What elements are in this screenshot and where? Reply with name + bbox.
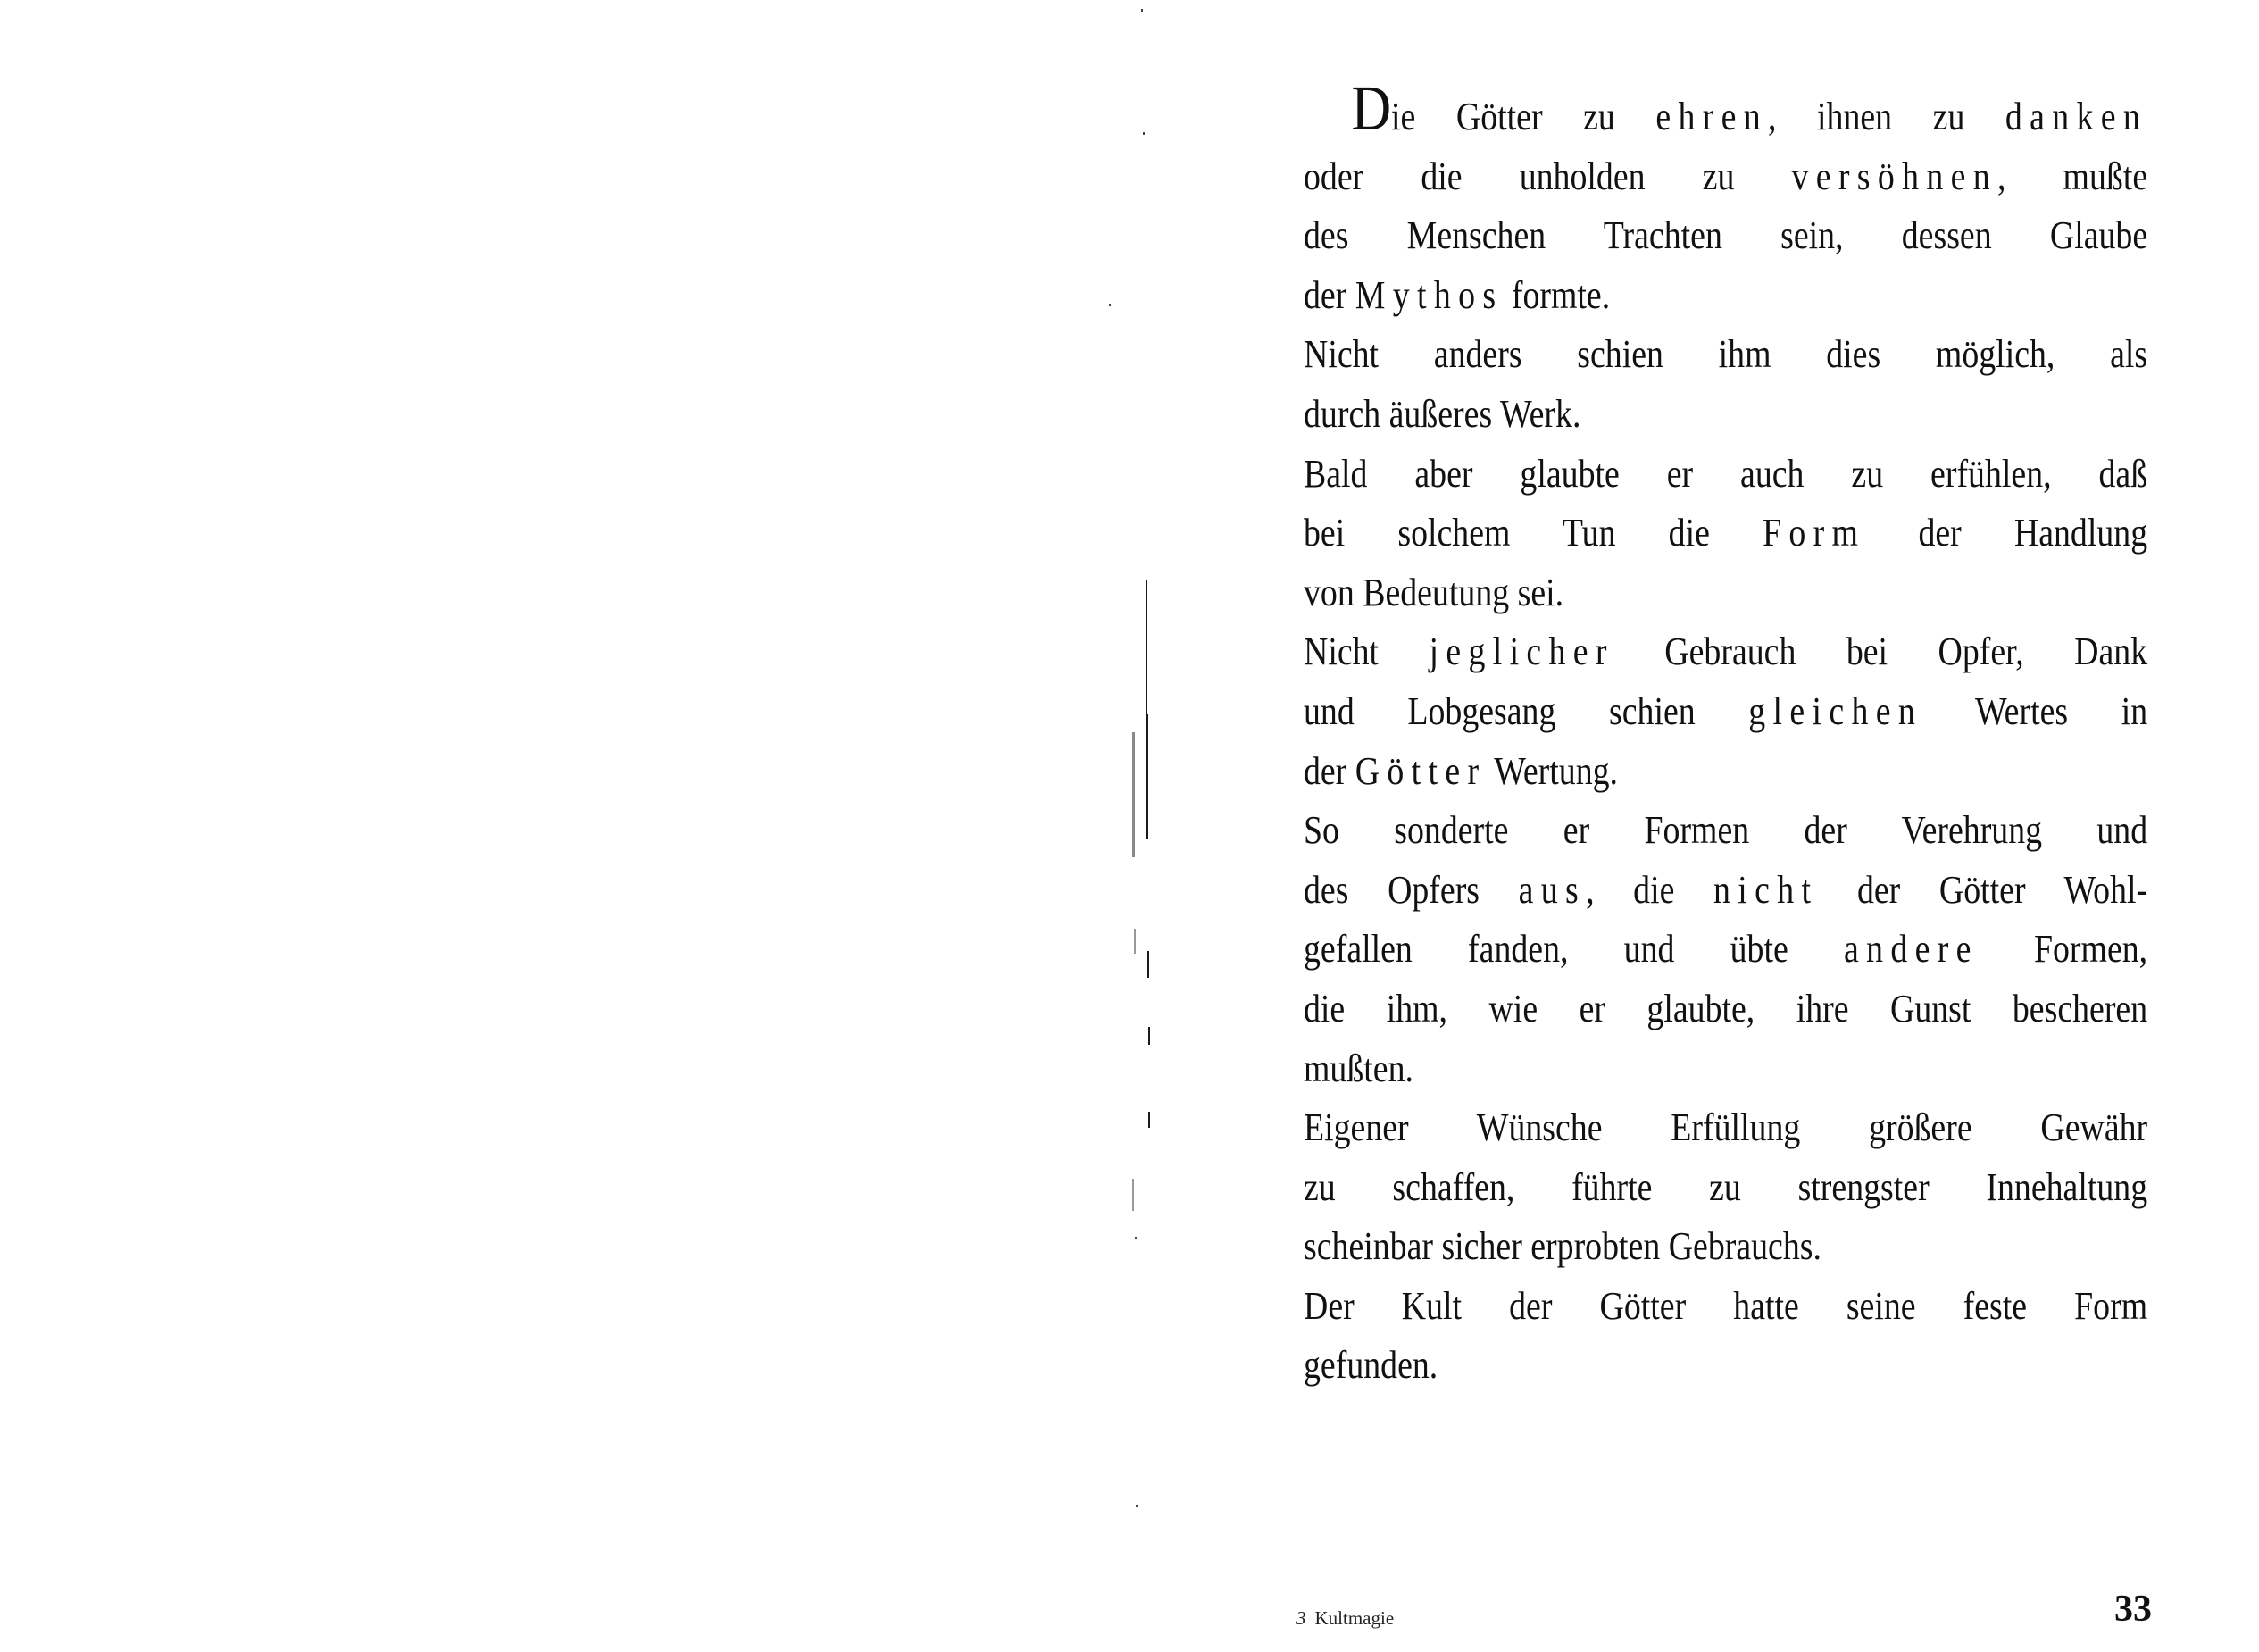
text-run: So sonderte er Formen der Verehrung und: [1304, 808, 2147, 852]
emphasized-spaced-word: Form: [1763, 511, 1865, 555]
text-run: von Bedeutung sei.: [1304, 571, 1563, 614]
text-line: der Götter Wertung.: [1304, 742, 2147, 802]
text-run: , ihnen zu: [1768, 95, 2005, 138]
text-line: gefunden.: [1304, 1336, 2147, 1396]
text-run: und Lobgesang schien: [1304, 689, 1748, 733]
gutter-speck: [1132, 732, 1135, 857]
gutter-speck: [1134, 929, 1136, 954]
paragraph: Bald aber glaubte er auch zu erfühlen, d…: [1304, 445, 2030, 623]
gutter-shadow-line: [1148, 1027, 1150, 1045]
emphasized-spaced-word: Götter: [1355, 749, 1487, 793]
emphasized-spaced-word: danken: [2005, 95, 2147, 138]
gutter-speck: [1143, 132, 1145, 135]
signature-title: Kultmagie: [1315, 1607, 1395, 1629]
emphasized-spaced-word: gleichen: [1748, 689, 1922, 733]
text-line: oder die unholden zu versöhnen, mußte: [1304, 147, 2147, 207]
gutter-speck: [1141, 9, 1143, 12]
emphasized-spaced-word: Mythos: [1355, 273, 1504, 317]
emphasized-spaced-word: ehren: [1655, 95, 1768, 138]
text-run: , mußte: [1997, 154, 2147, 198]
text-run: gefunden.: [1304, 1343, 1438, 1387]
text-run: gefallen fanden, und übte: [1304, 927, 1844, 971]
gutter-speck: [1135, 1237, 1137, 1239]
text-line: Eigener Wünsche Erfüllung größere Gewähr: [1304, 1098, 2147, 1158]
text-line: Die Götter zu ehren, ihnen zu danken: [1304, 88, 2147, 147]
page-number: 33: [2114, 1588, 2152, 1631]
text-run: zu schaffen, führte zu strengster Inneha…: [1304, 1165, 2147, 1209]
text-run: Nicht anders schien ihm dies möglich, al…: [1304, 332, 2147, 376]
text-line: der Mythos formte.: [1304, 266, 2147, 326]
text-line: durch äußeres Werk.: [1304, 385, 2147, 445]
text-run: mußten.: [1304, 1047, 1413, 1090]
text-run: Bald aber glaubte er auch zu erfühlen, d…: [1304, 452, 2147, 496]
text-run: formte.: [1503, 273, 1610, 317]
text-run: Wertes in: [1922, 689, 2147, 733]
left-page-blank: [0, 0, 1147, 1652]
paragraph: Nicht anders schien ihm dies möglich, al…: [1304, 325, 2030, 444]
text-run: der Götter Wohl-: [1818, 868, 2147, 912]
text-run: der Handlung: [1865, 511, 2147, 555]
gutter-shadow-line: [1146, 580, 1147, 723]
text-run: scheinbar sicher erprobten Gebrauchs.: [1304, 1224, 1821, 1268]
paragraph: Die Götter zu ehren, ihnen zu dankenoder…: [1304, 88, 2030, 325]
text-run: der: [1304, 273, 1355, 317]
text-line: mußten.: [1304, 1039, 2147, 1099]
gutter-speck: [1132, 1179, 1134, 1211]
text-run: oder die unholden zu: [1304, 154, 1792, 198]
text-line: von Bedeutung sei.: [1304, 563, 2147, 623]
text-line: des Opfers aus, die nicht der Götter Woh…: [1304, 861, 2147, 921]
gutter-speck: [1136, 1505, 1138, 1507]
text-line: Nicht anders schien ihm dies möglich, al…: [1304, 325, 2147, 385]
text-run: durch äußeres Werk.: [1304, 392, 1580, 436]
text-line: scheinbar sicher erprobten Gebrauchs.: [1304, 1217, 2147, 1277]
paragraph: So sonderte er Formen der Verehrung undd…: [1304, 801, 2030, 1098]
text-line: zu schaffen, führte zu strengster Inneha…: [1304, 1158, 2147, 1218]
signature-mark: 3Kultmagie: [1296, 1607, 1394, 1630]
text-run: Wertung.: [1486, 749, 1618, 793]
text-run: Formen,: [1979, 927, 2147, 971]
text-run: der: [1304, 749, 1355, 793]
text-line: Nicht jeglicher Gebrauch bei Opfer, Dank: [1304, 622, 2147, 682]
book-spread: Die Götter zu ehren, ihnen zu dankenoder…: [0, 0, 2259, 1652]
paragraph: Eigener Wünsche Erfüllung größere Gewähr…: [1304, 1098, 2030, 1277]
text-run: bei solchem Tun die: [1304, 511, 1763, 555]
emphasized-spaced-word: jeglicher: [1430, 630, 1614, 673]
text-run: des Opfers: [1304, 868, 1519, 912]
body-text: Die Götter zu ehren, ihnen zu dankenoder…: [1304, 88, 2030, 1396]
text-line: So sonderte er Formen der Verehrung und: [1304, 801, 2147, 861]
text-run: des Menschen Trachten sein, dessen Glaub…: [1304, 213, 2147, 257]
text-line: bei solchem Tun die Form der Handlung: [1304, 504, 2147, 563]
emphasized-spaced-word: versöhnen: [1792, 154, 1997, 198]
text-line: und Lobgesang schien gleichen Wertes in: [1304, 682, 2147, 742]
text-line: Bald aber glaubte er auch zu erfühlen, d…: [1304, 445, 2147, 505]
text-run: Nicht: [1304, 630, 1430, 673]
text-run: ie Götter zu: [1391, 95, 1655, 138]
text-line: Der Kult der Götter hatte seine feste Fo…: [1304, 1277, 2147, 1337]
text-line: des Menschen Trachten sein, dessen Glaub…: [1304, 206, 2147, 266]
text-line: gefallen fanden, und übte andere Formen,: [1304, 920, 2147, 980]
text-run: Der Kult der Götter hatte seine feste Fo…: [1304, 1284, 2147, 1328]
gutter-shadow-line: [1148, 1112, 1150, 1128]
text-run: die ihm, wie er glaubte, ihre Gunst besc…: [1304, 987, 2147, 1030]
gutter-shadow-line: [1146, 714, 1148, 839]
emphasized-spaced-word: andere: [1844, 927, 1979, 971]
paragraph: Der Kult der Götter hatte seine feste Fo…: [1304, 1277, 2030, 1396]
paragraph: Nicht jeglicher Gebrauch bei Opfer, Dank…: [1304, 622, 2030, 801]
gutter-speck: [1109, 304, 1111, 306]
signature-number: 3: [1296, 1607, 1306, 1629]
text-run: Gebrauch bei Opfer, Dank: [1614, 630, 2147, 673]
text-run: , die: [1586, 868, 1713, 912]
emphasized-spaced-word: aus: [1519, 868, 1586, 912]
drop-cap: D: [1351, 72, 1391, 144]
emphasized-spaced-word: nicht: [1713, 868, 1818, 912]
text-run: Eigener Wünsche Erfüllung größere Gewähr: [1304, 1106, 2147, 1149]
gutter-shadow-line: [1147, 951, 1149, 978]
text-line: die ihm, wie er glaubte, ihre Gunst besc…: [1304, 980, 2147, 1039]
